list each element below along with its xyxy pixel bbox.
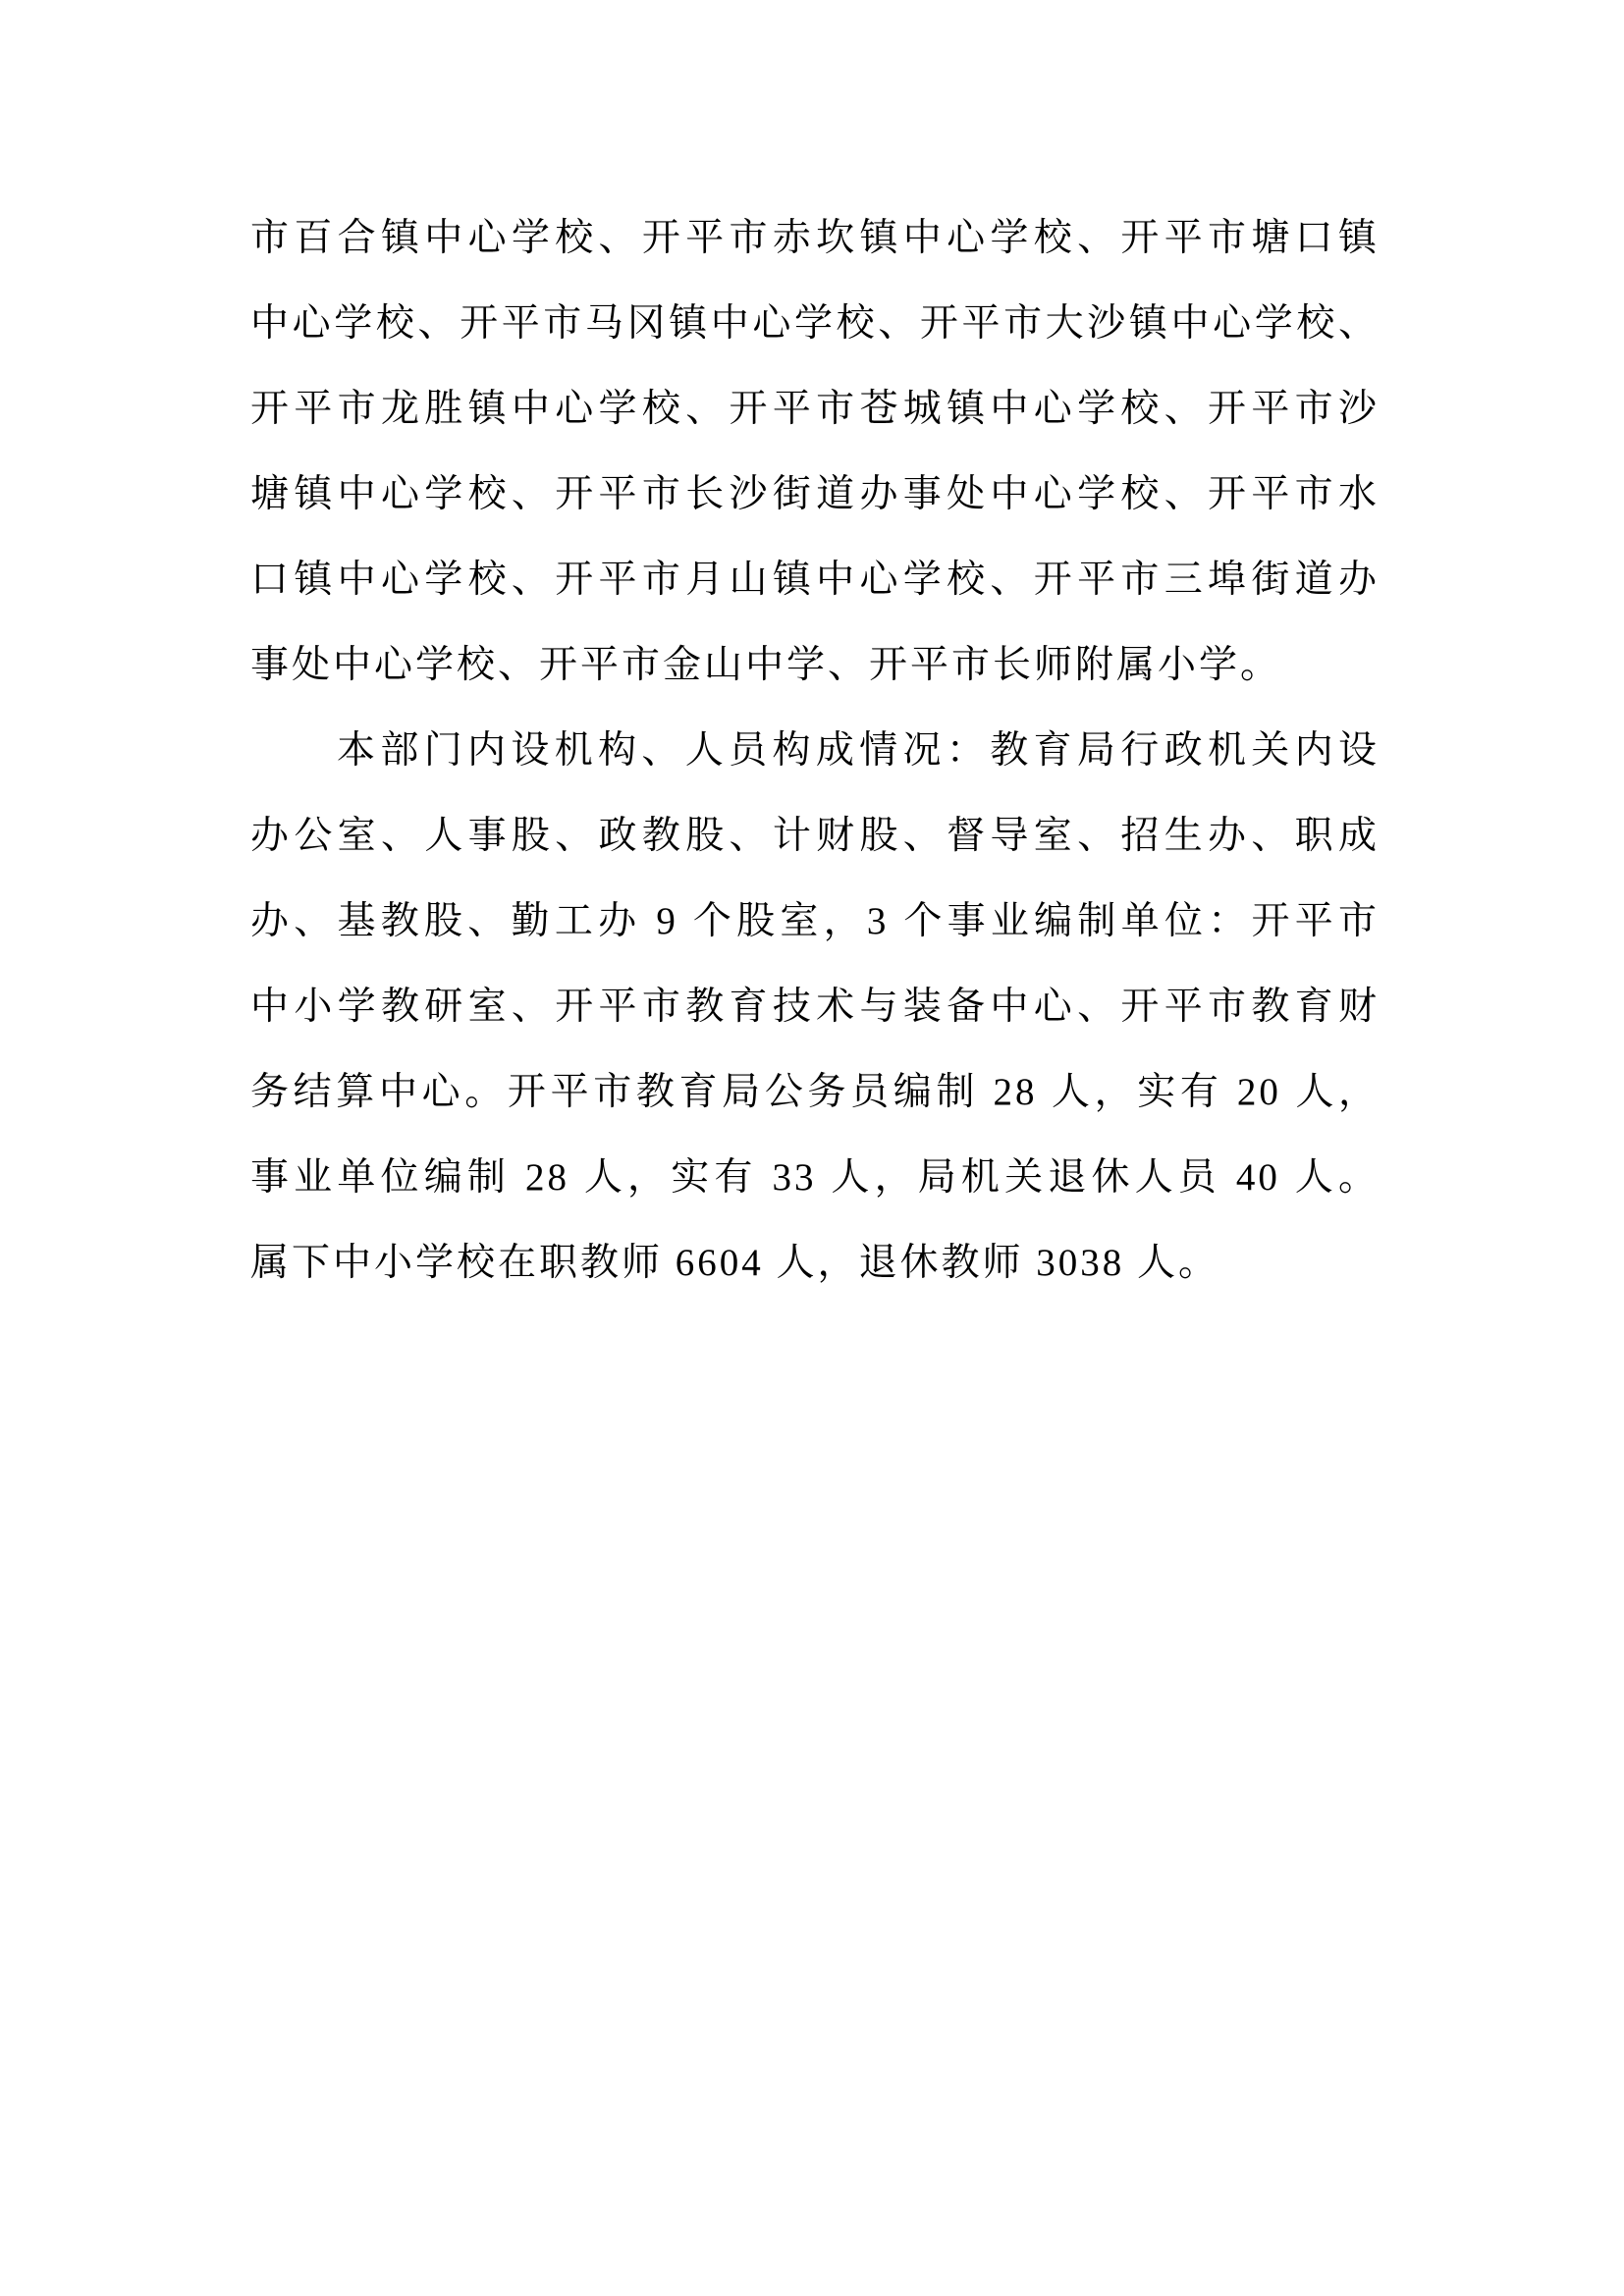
document-line-11: 务结算中心。开平市教育局公务员编制 28 人，实有 20 人， [250, 1049, 1380, 1135]
text-block: 市百合镇中心学校、开平市赤坎镇中心学校、开平市塘口镇 中心学校、开平市马冈镇中心… [250, 195, 1380, 1306]
document-line-2: 中心学校、开平市马冈镇中心学校、开平市大沙镇中心学校、 [250, 281, 1380, 366]
document-line-8: 办公室、人事股、政教股、计财股、督导室、招生办、职成 [250, 793, 1380, 879]
document-line-4: 塘镇中心学校、开平市长沙街道办事处中心学校、开平市水 [250, 452, 1380, 537]
document-line-1: 市百合镇中心学校、开平市赤坎镇中心学校、开平市塘口镇 [250, 195, 1380, 281]
document-line-13: 属下中小学校在职教师 6604 人，退休教师 3038 人。 [250, 1220, 1380, 1306]
document-page: 市百合镇中心学校、开平市赤坎镇中心学校、开平市塘口镇 中心学校、开平市马冈镇中心… [0, 0, 1624, 2296]
document-line-12: 事业单位编制 28 人，实有 33 人，局机关退休人员 40 人。 [250, 1135, 1380, 1220]
document-line-7: 本部门内设机构、人员构成情况：教育局行政机关内设 [250, 708, 1380, 793]
document-line-5: 口镇中心学校、开平市月山镇中心学校、开平市三埠街道办 [250, 537, 1380, 622]
document-line-3: 开平市龙胜镇中心学校、开平市苍城镇中心学校、开平市沙 [250, 366, 1380, 452]
document-line-10: 中小学教研室、开平市教育技术与装备中心、开平市教育财 [250, 964, 1380, 1049]
document-line-9: 办、基教股、勤工办 9 个股室，3 个事业编制单位：开平市 [250, 879, 1380, 964]
document-line-6: 事处中心学校、开平市金山中学、开平市长师附属小学。 [250, 622, 1380, 708]
